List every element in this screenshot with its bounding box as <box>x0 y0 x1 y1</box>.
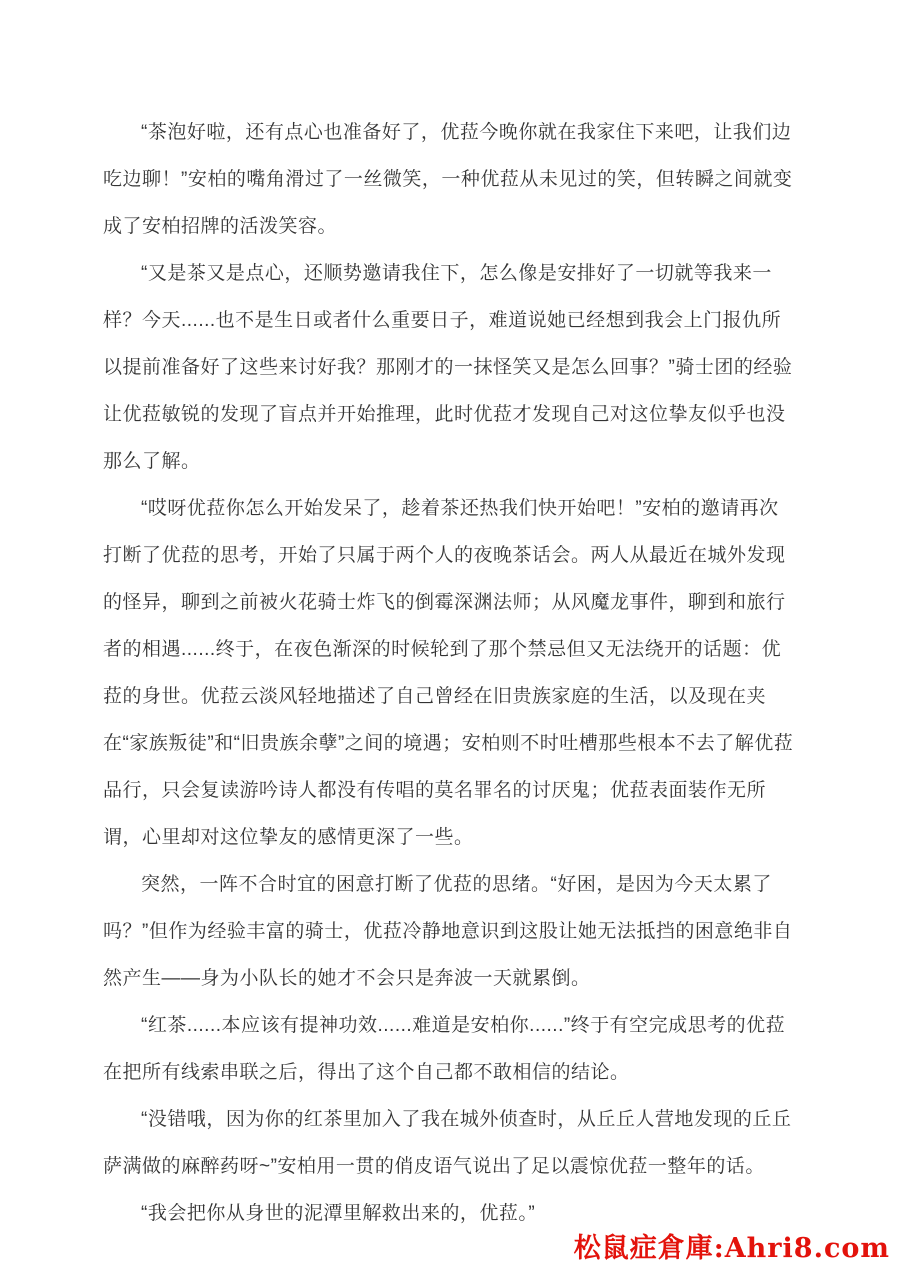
paragraph-5: “红茶......本应该有提神功效......难道是安柏你......”终于有空… <box>103 1002 795 1096</box>
paragraph-4: 突然，一阵不合时宜的困意打断了优菈的思绪。“好困，是因为今天太累了吗？”但作为经… <box>103 861 795 1002</box>
paragraph-1: “茶泡好啦，还有点心也准备好了，优菈今晚你就在我家住下来吧，让我们边吃边聊！”安… <box>103 109 795 250</box>
story-text: “茶泡好啦，还有点心也准备好了，优菈今晚你就在我家住下来吧，让我们边吃边聊！”安… <box>103 109 795 1237</box>
paragraph-2: “又是茶又是点心，还顺势邀请我住下，怎么像是安排好了一切就等我来一样？今天...… <box>103 250 795 485</box>
paragraph-3: “哎呀优菈你怎么开始发呆了，趁着茶还热我们快开始吧！”安柏的邀请再次打断了优菈的… <box>103 485 795 861</box>
paragraph-6: “没错哦，因为你的红茶里加入了我在城外侦查时，从丘丘人营地发现的丘丘萨满做的麻醉… <box>103 1096 795 1190</box>
watermark: 松鼠症倉庫:Ahri8.com <box>574 1226 890 1265</box>
document-page: “茶泡好啦，还有点心也准备好了，优菈今晚你就在我家住下来吧，让我们边吃边聊！”安… <box>0 0 900 1273</box>
